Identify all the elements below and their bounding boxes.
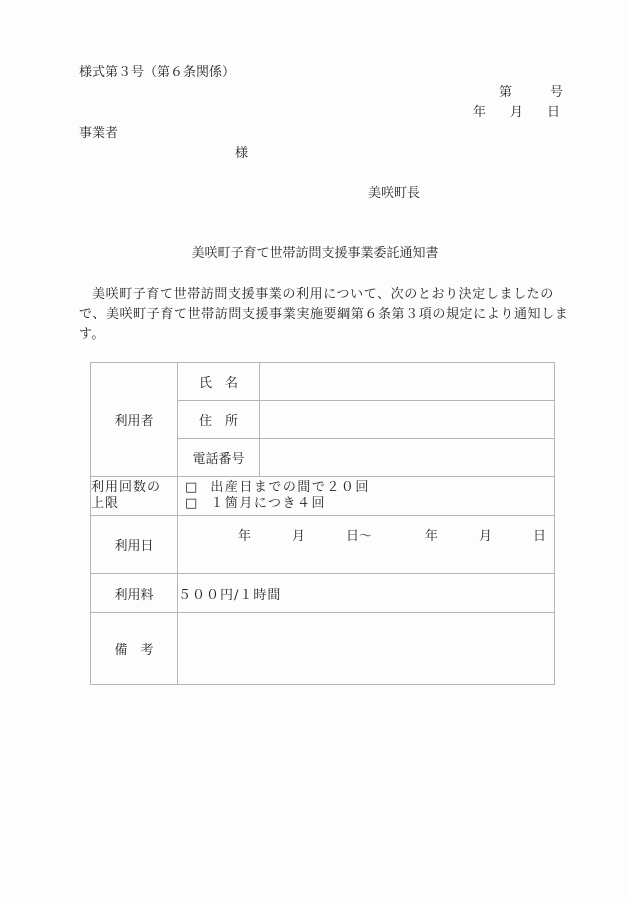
- table-row-remarks: 備 考: [91, 613, 555, 685]
- recipient-honorific: 様: [235, 147, 248, 160]
- table-row-limit: 利用回数の 上限 □ 出産日までの間で２０回 □ １箇月につき４回: [91, 477, 555, 516]
- table-row-fee: 利用料 ５００円/１時間: [91, 574, 555, 613]
- remarks-field[interactable]: [178, 613, 555, 685]
- to-day: 日: [533, 525, 546, 544]
- to-year: 年: [425, 525, 479, 544]
- name-field[interactable]: [260, 363, 555, 401]
- checkbox-icon[interactable]: □: [185, 496, 197, 511]
- number-prefix: 第: [499, 86, 512, 99]
- number-suffix: 号: [550, 86, 563, 99]
- fee-value: ５００円/１時間: [178, 574, 555, 613]
- notice-table: 利用者 氏 名 住 所 電話番号 利用回数の 上限 □ 出産日までの間で２０回 …: [90, 362, 555, 685]
- option-label: 出産日までの間で２０回: [210, 480, 370, 495]
- limit-options: □ 出産日までの間で２０回 □ １箇月につき４回: [178, 477, 555, 516]
- option-label: １箇月につき４回: [210, 496, 326, 511]
- table-row-name: 利用者 氏 名: [91, 363, 555, 401]
- limit-label: 利用回数の 上限: [91, 477, 178, 516]
- name-label: 氏 名: [178, 363, 260, 401]
- date-range: 年 月 日～ 年 月 日: [178, 525, 554, 544]
- checkbox-icon[interactable]: □: [185, 480, 197, 495]
- limit-option-4-per-month[interactable]: □ １箇月につき４回: [178, 496, 554, 512]
- recipient-label: 事業者: [79, 127, 118, 140]
- form-number: 様式第３号（第６条関係）: [79, 66, 235, 79]
- fee-label: 利用料: [91, 574, 178, 613]
- date-label: 利用日: [91, 516, 178, 574]
- body-paragraph: 美咲町子育て世帯訪問支援事業の利用について、次のとおり決定しましたので、美咲町子…: [79, 285, 574, 345]
- limit-label-line1: 利用回数の: [91, 480, 177, 496]
- date-year: 年: [473, 105, 486, 120]
- document-title: 美咲町子育て世帯訪問支援事業委託通知書: [0, 247, 630, 260]
- from-month: 月: [292, 525, 346, 544]
- document-number: 第号: [499, 86, 563, 99]
- phone-field[interactable]: [260, 439, 555, 477]
- address-label: 住 所: [178, 401, 260, 439]
- remarks-label: 備 考: [91, 613, 178, 685]
- date-month: 月: [510, 105, 523, 120]
- table-row-date: 利用日 年 月 日～ 年 月 日: [91, 516, 555, 574]
- to-month: 月: [479, 525, 533, 544]
- issuer-name: 美咲町長: [368, 187, 420, 200]
- date-day: 日: [547, 105, 560, 120]
- date-field[interactable]: 年 月 日～ 年 月 日: [178, 516, 555, 574]
- user-label: 利用者: [91, 363, 178, 477]
- from-day: 日～: [346, 525, 425, 544]
- from-year: 年: [238, 525, 292, 544]
- phone-label: 電話番号: [178, 439, 260, 477]
- limit-option-20-times[interactable]: □ 出産日までの間で２０回: [178, 480, 554, 496]
- limit-label-line2: 上限: [91, 496, 177, 512]
- document-date: 年月日: [473, 106, 560, 119]
- address-field[interactable]: [260, 401, 555, 439]
